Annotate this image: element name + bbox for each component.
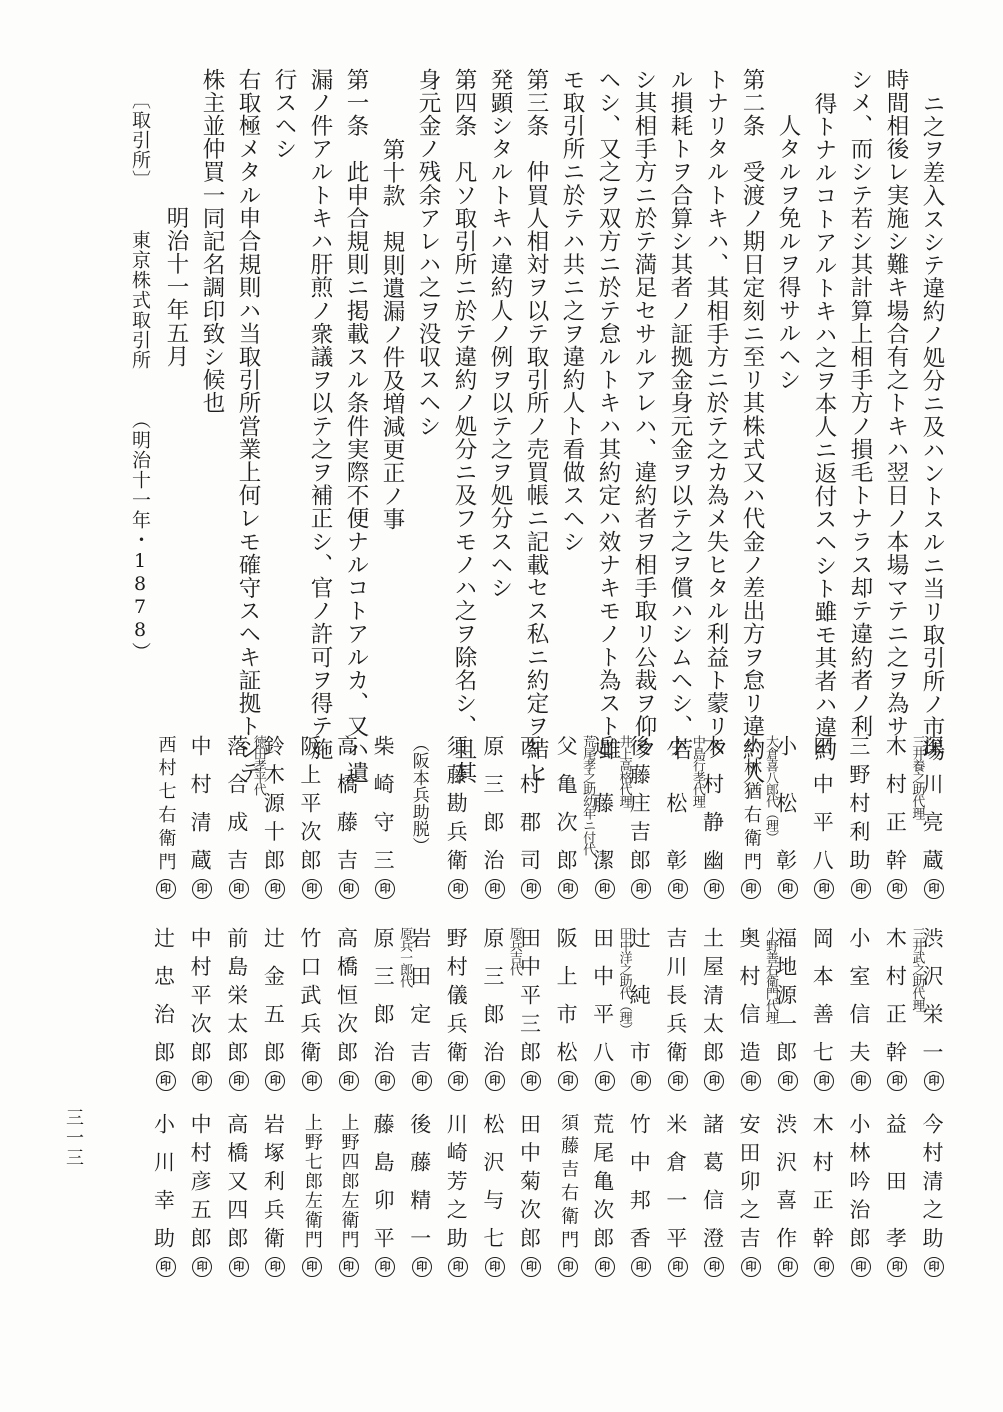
text-column: 明治十一年五月 (158, 68, 194, 688)
seal-icon: 印 (265, 1257, 285, 1277)
seal-icon: 印 (668, 879, 688, 899)
signatories-block: 深川亮蔵印木村正幹三井養之助代理印三野村利助印田中平八印小松彰印小林猶右衛門大倉… (88, 735, 950, 1295)
seal-icon: 印 (887, 879, 907, 899)
seal-icon: 印 (412, 1071, 432, 1091)
seal-icon: 印 (156, 1071, 176, 1091)
signatory: 原三郎治原兵吉代印 (474, 927, 511, 1102)
seal-icon: 印 (668, 1071, 688, 1091)
seal-icon: 印 (302, 1071, 322, 1091)
signatory-name: 渋沢喜作 (774, 1113, 798, 1248)
signatory: 竹口武兵衛印 (291, 927, 328, 1102)
signatory-name: 高橋又四郎 (225, 1113, 249, 1248)
signatory-name: 柴崎守三 (371, 735, 395, 870)
seal-icon: 印 (375, 1257, 395, 1277)
signatory-name: 辻忠治郎 (152, 927, 176, 1062)
seal-icon: 印 (631, 879, 651, 899)
signatory-name: （阪本兵助脱） (409, 735, 428, 854)
signatory-name: 父亀次郎 (554, 735, 578, 870)
text-column: 第十款 規則遺漏ノ件及増減更正ノ事 (374, 68, 410, 688)
signatory-name: 前島栄太郎 (225, 927, 249, 1062)
text-column: トナリタルトキハ、其相手方ニ於テ之カ為メ失ヒタル利益ト蒙リタ (698, 68, 734, 688)
signatory-name: 落合成吉 (225, 735, 249, 870)
seal-icon: 印 (814, 1071, 834, 1091)
signatory: 岡本善七印 (804, 927, 841, 1102)
proxy-note: 徳田孝平代 (251, 735, 265, 795)
signatory: 奥村信造小野善右衛門代理印 (730, 927, 767, 1102)
seal-icon: 印 (814, 879, 834, 899)
seal-icon: 印 (192, 1071, 212, 1091)
seal-icon: 印 (741, 1257, 761, 1277)
signatory-name: 竹口武兵衛 (298, 927, 322, 1062)
signatory-name: 竹中邦香 (627, 1113, 651, 1248)
signatory-name: 益田孝 (883, 1113, 907, 1248)
signatory-name: 木村正幹 (883, 927, 907, 1062)
text-column: 人タルヲ免ルヲ得サルヘシ (770, 68, 806, 688)
seal-icon: 印 (668, 1257, 688, 1277)
signatory-name: 中村彦五郎 (188, 1113, 212, 1248)
signatory-name: 吉川長兵衛 (664, 927, 688, 1062)
text-column: 発顕シタルトキハ違約人ノ例ヲ以テ之ヲ処分スヘシ (482, 68, 518, 688)
signatory-name: 原三郎治 (481, 927, 505, 1062)
signatory: 木村正幹三井武之助代理印 (877, 927, 914, 1102)
seal-icon: 印 (778, 1257, 798, 1277)
text-column: 行スヘシ (266, 68, 302, 688)
signatory: 高橋又四郎印 (218, 1113, 255, 1288)
signatory: 須藤吉右衛門印 (547, 1113, 584, 1288)
seal-icon: 印 (558, 879, 578, 899)
seal-icon: 印 (485, 879, 505, 899)
proxy-note: 原兵一郎代 (397, 927, 411, 987)
signatory: 辻金五郎印 (255, 927, 292, 1102)
signatory-name: 奥村信造 (737, 927, 761, 1062)
source-exchange: 東京株式取引所 (129, 230, 151, 370)
signatory: 諸葛信澄印 (694, 1113, 731, 1288)
signatory: 柴崎守三印 (365, 735, 402, 910)
signatory: 原三郎治印 (474, 735, 511, 910)
seal-icon: 印 (851, 879, 871, 899)
signatory-name: 今村清之助 (920, 1113, 944, 1248)
seal-icon: 印 (339, 1071, 359, 1091)
source-era: （明治十一年・1878） (129, 410, 151, 662)
seal-icon: 印 (851, 1071, 871, 1091)
signatory: 木村正幹印 (804, 1113, 841, 1288)
signatory: 中村清蔵印 (182, 735, 219, 910)
text-column: モ取引所ニ於テハ共ニ之ヲ違約人ト看做スヘシ (554, 68, 590, 688)
signatory-name: 須藤吉右衛門 (558, 1113, 578, 1248)
signatory: 父亀次郎荒尾孝之助幼年ニ付代印 (547, 735, 584, 910)
signatory-name: 川崎芳之助 (444, 1113, 468, 1248)
text-column: シ其相手方ニ於テ満足セサルアレハ、違約者ヲ相手取リ公裁ヲ仰ク (626, 68, 662, 688)
signatory-name: 小室信夫 (847, 927, 871, 1062)
signatory-name: 諸葛信澄 (700, 1113, 724, 1248)
seal-icon: 印 (192, 879, 212, 899)
signatory: 小松彰中島行孝代理印 (657, 735, 694, 910)
seal-icon: 印 (851, 1257, 871, 1277)
signatory-name: 西村七右衛門 (156, 735, 176, 870)
text-column: シメ、而シテ若シ其計算上相手方ノ損毛トナラス却テ違約者ノ利 (842, 68, 878, 688)
signatory-name: 米倉一平 (664, 1113, 688, 1248)
seal-icon: 印 (704, 1257, 724, 1277)
proxy-note: 三井養之助代理 (909, 735, 923, 819)
signatory: 上野七郎左衛門印 (291, 1113, 328, 1288)
proxy-note: 田中洋之助代（理） (617, 927, 631, 1035)
proxy-note: 荒尾孝之助幼年ニ付代 (580, 735, 594, 855)
signatory: 阪上平次郎印 (291, 735, 328, 910)
proxy-note: 小野善右衛門代理 (763, 927, 777, 1023)
seal-icon: 印 (192, 1257, 212, 1277)
seal-icon: 印 (595, 1071, 615, 1091)
text-column: 漏ノ件アルトキハ肝煎ノ衆議ヲ以テ之ヲ補正シ、官ノ許可ヲ得テ施 (302, 68, 338, 688)
signatory: 三野村利助印 (840, 735, 877, 910)
signatory-name: 小松彰 (664, 735, 688, 870)
signatory-name: 田中平八 (591, 927, 615, 1062)
signatory: 今村清之助印 (913, 1113, 950, 1288)
signatory-name: 小林吟治郎 (847, 1113, 871, 1248)
seal-icon: 印 (778, 1071, 798, 1091)
signatory: 野村儀兵衛印 (438, 927, 475, 1102)
text-column: 第一条 此申合規則ニ掲載スル条件実際不便ナルコトアルカ、又ハ遺 (338, 68, 374, 688)
seal-icon: 印 (631, 1071, 651, 1091)
seal-icon: 印 (595, 1257, 615, 1277)
signatory-name: 藤島卯平 (371, 1113, 395, 1248)
seal-icon: 印 (375, 879, 395, 899)
seal-icon: 印 (485, 1257, 505, 1277)
signatory: 米倉一平印 (657, 1113, 694, 1288)
page-number: 三一三 (60, 1108, 86, 1168)
signatories-row-2: 渋沢栄一印木村正幹三井武之助代理印小室信夫印岡本善七印福地源一郎印奥村信造小野善… (145, 927, 950, 1102)
signatory: 安田卯之吉印 (730, 1113, 767, 1288)
seal-icon: 印 (704, 1071, 724, 1091)
seal-icon: 印 (265, 879, 285, 899)
signatory-name: 中村清蔵 (188, 735, 212, 870)
signatories-row-1: 深川亮蔵印木村正幹三井養之助代理印三野村利助印田中平八印小松彰印小林猶右衛門大倉… (145, 735, 950, 910)
seal-icon: 印 (814, 1257, 834, 1277)
signatory: 落合成吉徳田孝平代印 (218, 735, 255, 910)
signatory-name: 西村郡司 (517, 735, 541, 870)
signatory-name: 辻金五郎 (261, 927, 285, 1062)
signatory-name: 安田卯之吉 (737, 1113, 761, 1248)
signatory: 中村彦五郎印 (182, 1113, 219, 1288)
regulation-text: ニ之ヲ差入スシテ違約ノ処分ニ及ハントスルニ当リ取引所ノ市場時間相後レ実施シ難キ場… (60, 68, 950, 688)
signatory: 中村平次郎印 (182, 927, 219, 1102)
seal-icon: 印 (558, 1257, 578, 1277)
seal-icon: 印 (229, 1071, 249, 1091)
proxy-note: 中島行孝代理 (690, 735, 704, 807)
signatory: 木村正幹三井養之助代理印 (877, 735, 914, 910)
signatory-name: 岩塚利兵衛 (261, 1113, 285, 1248)
seal-icon: 印 (778, 879, 798, 899)
signatory-name: 小川幸助 (152, 1113, 176, 1248)
signatory-name: 阪上市松 (554, 927, 578, 1062)
seal-icon: 印 (412, 1257, 432, 1277)
signatory-name: 上野四郎左衛門 (339, 1113, 359, 1248)
signatory: 田中平八田中洋之助代（理）印 (584, 927, 621, 1102)
signatory-name: 田中平八 (810, 735, 834, 870)
seal-icon: 印 (924, 1257, 944, 1277)
signatory: 小林吟治郎印 (840, 1113, 877, 1288)
signatory-name: 松沢与七 (481, 1113, 505, 1248)
text-column: 株主並仲買一同記名調印致シ候也 (194, 68, 230, 688)
signatory: 小川幸助印 (145, 1113, 182, 1288)
seal-icon: 印 (887, 1071, 907, 1091)
signatory-name: 後藤精一 (408, 1113, 432, 1248)
seal-icon: 印 (375, 1071, 395, 1091)
signatory: 土屋清太郎印 (694, 927, 731, 1102)
signatory: 田中平八印 (804, 735, 841, 910)
signatory-name: 三野村利助 (847, 735, 871, 870)
signatory-name: 阪上平次郎 (298, 735, 322, 870)
signatory-name: 木村正幹 (810, 1113, 834, 1248)
signatory: 原三郎治原兵一郎代印 (365, 927, 402, 1102)
signatory: 西村郡司印 (511, 735, 548, 910)
signatory: 須藤勘兵衛印 (438, 735, 475, 910)
signatory-name: 田中菊次郎 (517, 1113, 541, 1248)
proxy-note: 原兵吉代 (507, 927, 521, 975)
signatory-name: 須藤勘兵衛 (444, 735, 468, 870)
seal-icon: 印 (558, 1071, 578, 1091)
text-column: 第四条 凡ソ取引所ニ於テ違約ノ処分ニ及フモノハ之ヲ除名シ、且其 (446, 68, 482, 688)
signatory: 吉川長兵衛印 (657, 927, 694, 1102)
signatories-row-3: 今村清之助印益田孝印小林吟治郎印木村正幹印渋沢喜作印安田卯之吉印諸葛信澄印米倉一… (145, 1113, 950, 1288)
text-column: 右取極メタル申合規則ハ当取引所営業上何レモ確守スヘキ証拠トシテ (230, 68, 266, 688)
signatory: 小室信夫印 (840, 927, 877, 1102)
text-column: 第三条 仲買人相対ヲ以テ取引所ノ売買帳ニ記載セス私ニ約定ヲ結ヒ (518, 68, 554, 688)
signatory-name: 高橋恒次郎 (335, 927, 359, 1062)
signatory: 高橋恒次郎印 (328, 927, 365, 1102)
signatory: 荒尾亀次郎印 (584, 1113, 621, 1288)
signatory-name: 木村正幹 (883, 735, 907, 870)
seal-icon: 印 (156, 1257, 176, 1277)
seal-icon: 印 (924, 1071, 944, 1091)
seal-icon: 印 (595, 879, 615, 899)
seal-icon: 印 (448, 1257, 468, 1277)
signatory: 後藤精一印 (401, 1113, 438, 1288)
seal-icon: 印 (339, 879, 359, 899)
signatory: 松沢与七印 (474, 1113, 511, 1288)
seal-icon: 印 (302, 879, 322, 899)
seal-icon: 印 (485, 1071, 505, 1091)
signatory-name: 高橋藤吉 (335, 735, 359, 870)
proxy-note: 大倉喜八郎代（理） (763, 735, 777, 843)
source-label: 〔取引所〕 (129, 90, 151, 190)
text-column: 第二条 受渡ノ期日定刻ニ至リ其株式又ハ代金ノ差出方ヲ怠リ違約人 (734, 68, 770, 688)
seal-icon: 印 (631, 1257, 651, 1277)
signatory-name: 岡本善七 (810, 927, 834, 1062)
signatory: 田中菊次郎印 (511, 1113, 548, 1288)
signatory-name: 原三郎治 (371, 927, 395, 1062)
signatory: 辻忠治郎印 (145, 927, 182, 1102)
seal-icon: 印 (741, 879, 761, 899)
signatory: 益田孝印 (877, 1113, 914, 1288)
seal-icon: 印 (741, 1071, 761, 1091)
seal-icon: 印 (339, 1257, 359, 1277)
text-column: ニ之ヲ差入スシテ違約ノ処分ニ及ハントスルニ当リ取引所ノ市場 (914, 68, 950, 688)
seal-icon: 印 (448, 1071, 468, 1091)
signatory: 藤島卯平印 (365, 1113, 402, 1288)
text-column: ル損耗トヲ合算シ其者ノ証拠金身元金ヲ以テ之ヲ償ハシムヘシ、若 (662, 68, 698, 688)
seal-icon: 印 (521, 1071, 541, 1091)
signatory: 川崎芳之助印 (438, 1113, 475, 1288)
seal-icon: 印 (704, 879, 724, 899)
text-column: 時間相後レ実施シ難キ場合有之トキハ翌日ノ本場マテニ之ヲ為サ (878, 68, 914, 688)
source-citation: 〔取引所〕東京株式取引所（明治十一年・1878） (122, 68, 158, 688)
signatory-name: 小林猶右衛門 (741, 735, 761, 870)
signatory-name: 原三郎治 (481, 735, 505, 870)
seal-icon: 印 (521, 879, 541, 899)
seal-icon: 印 (156, 879, 176, 899)
signatory: 西村七右衛門印 (145, 735, 182, 910)
signatory-name: 土屋清太郎 (700, 927, 724, 1062)
signatory: 小林猶右衛門大倉喜八郎代（理）印 (730, 735, 767, 910)
signatory-name: 中村平次郎 (188, 927, 212, 1062)
signatory: 前島栄太郎印 (218, 927, 255, 1102)
signatory-remark: （阪本兵助脱） (401, 735, 438, 910)
signatory: 阪上市松印 (547, 927, 584, 1102)
seal-icon: 印 (265, 1071, 285, 1091)
proxy-note: 井上高格代理 (617, 735, 631, 807)
text-column: ヘシ、又之ヲ双方ニ於テ怠ルトキハ其約定ハ效ナキモノト為スト雖 (590, 68, 626, 688)
signatory: 高橋藤吉印 (328, 735, 365, 910)
seal-icon: 印 (521, 1257, 541, 1277)
signatory: 上野四郎左衛門印 (328, 1113, 365, 1288)
signatory: 渋沢喜作印 (767, 1113, 804, 1288)
signatory: 竹中邦香印 (621, 1113, 658, 1288)
signatory-name: 野村儀兵衛 (444, 927, 468, 1062)
seal-icon: 印 (302, 1257, 322, 1277)
seal-icon: 印 (887, 1257, 907, 1277)
text-column: 身元金ノ残余アレハ之ヲ没収スヘシ (410, 68, 446, 688)
signatory-name: 上野七郎左衛門 (302, 1113, 322, 1248)
seal-icon: 印 (229, 879, 249, 899)
seal-icon: 印 (924, 879, 944, 899)
seal-icon: 印 (229, 1257, 249, 1277)
seal-icon: 印 (448, 879, 468, 899)
text-column: 得トナルコトアルトキハ之ヲ本人ニ返付スヘシト雖モ其者ハ違約 (806, 68, 842, 688)
signatory: 岩塚利兵衛印 (255, 1113, 292, 1288)
proxy-note: 三井武之助代理 (909, 927, 923, 1011)
signatory-name: 荒尾亀次郎 (591, 1113, 615, 1248)
